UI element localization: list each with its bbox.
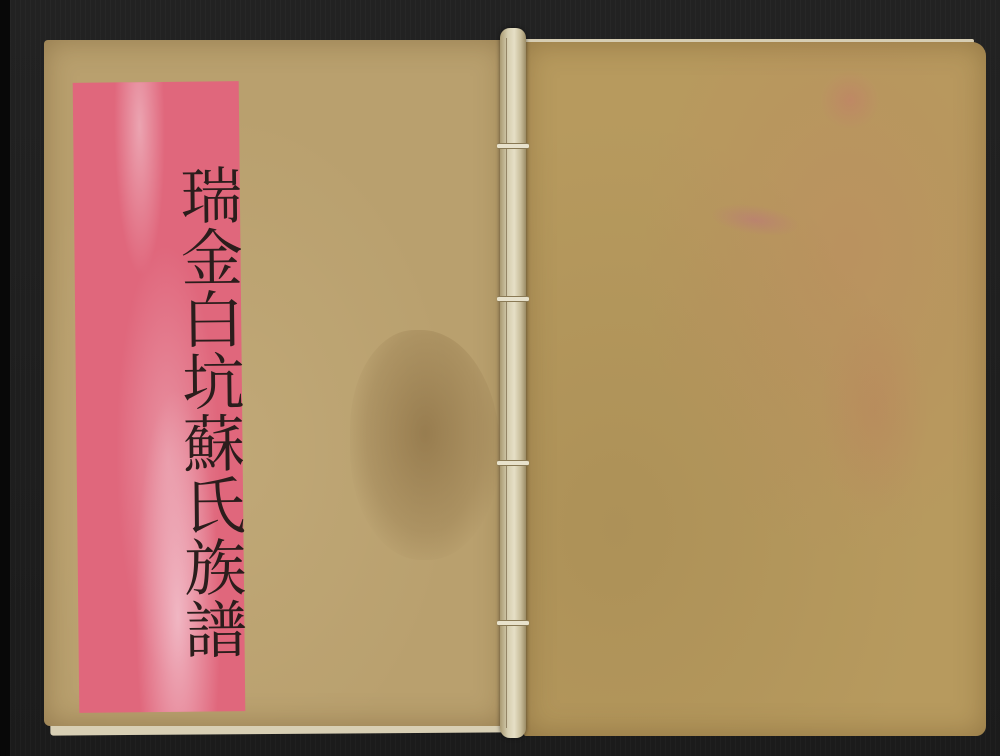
binding-thread <box>497 143 529 149</box>
image-border <box>0 0 10 756</box>
faded-ink-stain <box>820 70 880 130</box>
title-label: 瑞金白坑蘇氏族譜 <box>73 81 246 713</box>
book-title: 瑞金白坑蘇氏族譜 <box>73 141 245 683</box>
book-spine <box>500 28 526 738</box>
binding-thread <box>497 460 529 466</box>
faded-ink-stain <box>820 300 930 520</box>
photo-stage: 瑞金白坑蘇氏族譜 <box>0 0 1000 756</box>
binding-thread <box>497 620 529 626</box>
binding-thread <box>497 296 529 302</box>
